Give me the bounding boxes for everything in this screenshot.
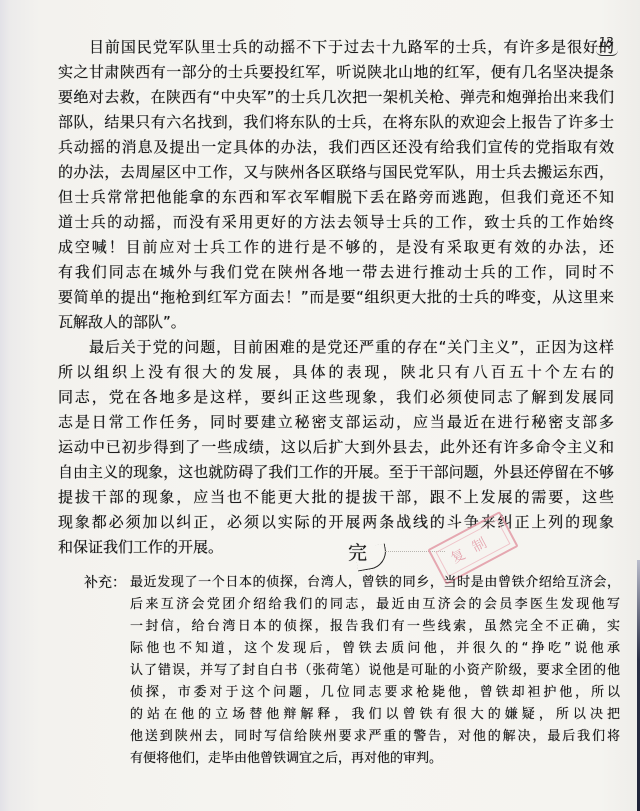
text-line: 他送到陕州去，同时写信给陕州要求严重的警告，对他的解决，最后我们将 (130, 726, 620, 748)
text-line: 际他也不知道，这个发现后，曾铁去质问他，并很久的“挣吃”说他承 (130, 638, 620, 660)
text-line: 部队，结果只有六名找到，我们将东队的士兵，在将东队的欢迎会上报告了许多士 (58, 110, 614, 135)
text-line: 成空喊！目前应对士兵工作的进行是不够的，是没有采取更有效的办法，还 (58, 235, 614, 260)
paragraph-1: 目前国民党军队里士兵的动摇不下于过去十九路军的士兵，有许多是很好的 实之甘肃陕西… (58, 35, 614, 335)
text-line: 所以组织上没有很大的发展，具体的表现，陕北只有八百五十个左右的 (58, 360, 614, 385)
text-line: 认了错误，并写了封自白书（张荷笔）说他是可耻的小资产阶级，要求全团的他 (130, 660, 620, 682)
text-line: 和保证我们工作的开展。 (58, 535, 614, 560)
main-text: 目前国民党军队里士兵的动摇不下于过去十九路军的士兵，有许多是很好的 实之甘肃陕西… (58, 35, 614, 560)
text-line: 兵动摇的消息及提出一定具体的办法，我们西区还没有给我们宣传的党指取有效 (58, 135, 614, 160)
text-line: 有便将他们，走毕由他曾铁调宜之后，再对他的审判。 (130, 748, 620, 770)
text-line: 要简单的提出“拖枪到红军方面去！”而是要“组织更大批的士兵的哗变，从这里来 (58, 285, 614, 310)
text-line: 提拔干部的现象，应当也不能更大批的提拔干部，跟不上发展的需要，这些 (58, 485, 614, 510)
postscript-label: 补充： (84, 572, 126, 594)
text-line: 的站在他的立场替他辩解释，我们以曾铁有很大的嫌疑，所以决把 (130, 704, 620, 726)
text-line: 同志，党在各地多是这样，要纠正这些现象，我们必须使同志了解到发展同 (58, 385, 614, 410)
text-line: 最近发现了一个日本的侦探，台湾人，曾铁的同乡，当时是由曾铁介绍给互济会， (130, 572, 620, 594)
text-line: 的办法，去周屋区中工作，又与陕州各区联络与国民党军队，用士兵去搬运东西， (58, 160, 614, 185)
paragraph-2: 最后关于党的问题，目前困难的是党还严重的存在“关门主义”，正因为这样 所以组织上… (58, 335, 614, 560)
postscript-text: 最近发现了一个日本的侦探，台湾人，曾铁的同乡，当时是由曾铁介绍给互济会， 后来互… (130, 572, 620, 770)
text-line: 运动中已初步得到了一些成绩，这以后扩大到外县去，此外还有许多命令主义和 (58, 435, 614, 460)
text-line: 目前国民党军队里士兵的动摇不下于过去十九路军的士兵，有许多是很好的 (58, 35, 614, 60)
text-line: 志是日常工作任务，同时要建立秘密支部运动，应当最近在进行秘密支部多 (58, 410, 614, 435)
text-line: 侦探，市委对于这个问题，几位同志要求枪毙他，曾铁却袒护他，所以 (130, 682, 620, 704)
text-line: 自由主义的现象，这也就防碍了我们工作的开展。至于干部问题，外县还停留在不够 (58, 460, 614, 485)
text-line: 后来互济会党团介绍给我们的同志，最近由互济会的会员李医生发现他写 (130, 594, 620, 616)
text-line: 要绝对去救，在陕西有“中央军”的士兵几次把一架机关枪、弹壳和炮弹抬出来我们 (58, 85, 614, 110)
text-line: 道士兵的动摇，而没有采用更好的方法去领导士兵的工作，致士兵的工作始终 (58, 210, 614, 235)
text-line: 但士兵常常把他能拿的东西和军衣军帽脱下丢在路旁而逃跑，但我们竟还不知 (58, 185, 614, 210)
text-line: 现象都必须加以纠正，必须以实际的开展两条战线的斗争来纠正上列的现象 (58, 510, 614, 535)
text-line: 实之甘肃陕西有一部分的士兵要投红军，听说陕北山地的红军，便有几名坚决提条 (58, 60, 614, 85)
text-line: 最后关于党的问题，目前困难的是党还严重的存在“关门主义”，正因为这样 (58, 335, 614, 360)
text-line: 一封信，给台湾日本的侦探，报告我们有一些线索，虽然完全不正确，实 (130, 616, 620, 638)
text-line: 有我们同志在城外与我们党在陕州各地一带去进行推动士兵的工作，同时不 (58, 260, 614, 285)
text-line: 瓦解敌人的部队”。 (58, 310, 614, 335)
